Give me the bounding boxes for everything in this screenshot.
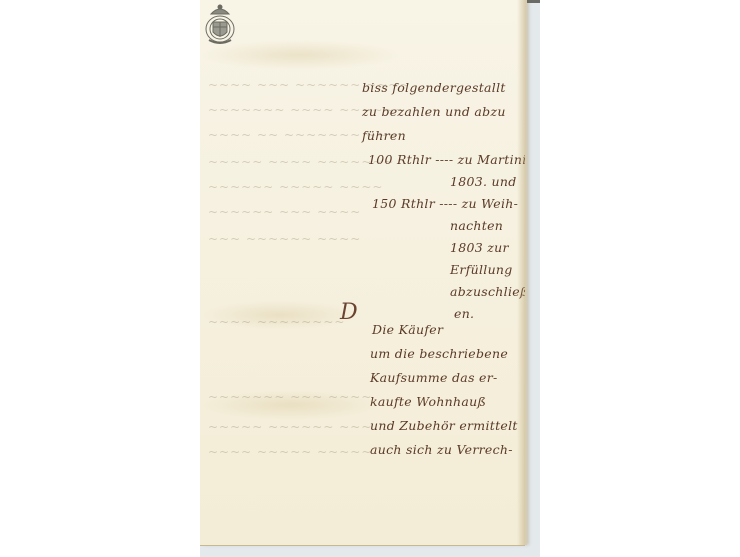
bleed-through-line: ~~~~ ~~~~~ ~~~~~ [208, 445, 372, 459]
bleed-through-line: ~~~~ ~~~~~~~~ [208, 315, 345, 329]
bleed-through-line: ~~~~~ ~~~~~~ ~~~ [208, 420, 372, 434]
handwritten-line: zu bezahlen und abzu [362, 104, 506, 119]
handwritten-line: en. [454, 306, 474, 321]
handwritten-line: 150 Rthlr ---- zu Weih- [372, 196, 518, 211]
handwritten-line: 1803. und [450, 174, 517, 189]
handwritten-line: Erfüllung [450, 262, 513, 277]
ornamental-initial: D [340, 300, 358, 325]
manuscript-page: ~~~~ ~~~ ~~~~~~ ~~~~ ~~~~~~~ ~~~~ ~~~~~~… [200, 0, 525, 545]
handwritten-line: abzuschließ- [450, 284, 525, 299]
page-bottom-edge [200, 545, 525, 546]
handwritten-line: nachten [450, 218, 503, 233]
handwritten-line: biss folgendergestallt [362, 80, 506, 95]
handwritten-line: 100 Rthlr ---- zu Martini [368, 152, 525, 167]
bleed-through-line: ~~~~~~ ~~~ ~~~~ [208, 205, 361, 219]
bleed-through-line: ~~~~~~~ ~~~ ~~~~ [208, 390, 372, 404]
bleed-through-line: ~~~~~ ~~~~ ~~~~~~~ [208, 155, 395, 169]
handwritten-line: auch sich zu Verrech- [370, 442, 513, 457]
handwritten-line: 1803 zur [450, 240, 509, 255]
coat-of-arms-stamp-icon [201, 2, 239, 46]
handwritten-line: Kaufsumme das er- [370, 370, 498, 385]
handwritten-line: führen [362, 128, 406, 143]
handwritten-line: kaufte Wohnhauß [370, 394, 486, 409]
handwritten-line: um die beschriebene [370, 346, 508, 361]
bleed-through-line: ~~~ ~~~~~~ ~~~~ [208, 232, 361, 246]
handwritten-line: und Zubehör ermittelt [370, 418, 518, 433]
bleed-through-line: ~~~~~~ ~~~~~ ~~~~ [208, 180, 383, 194]
handwritten-line: Die Käufer [372, 322, 443, 337]
